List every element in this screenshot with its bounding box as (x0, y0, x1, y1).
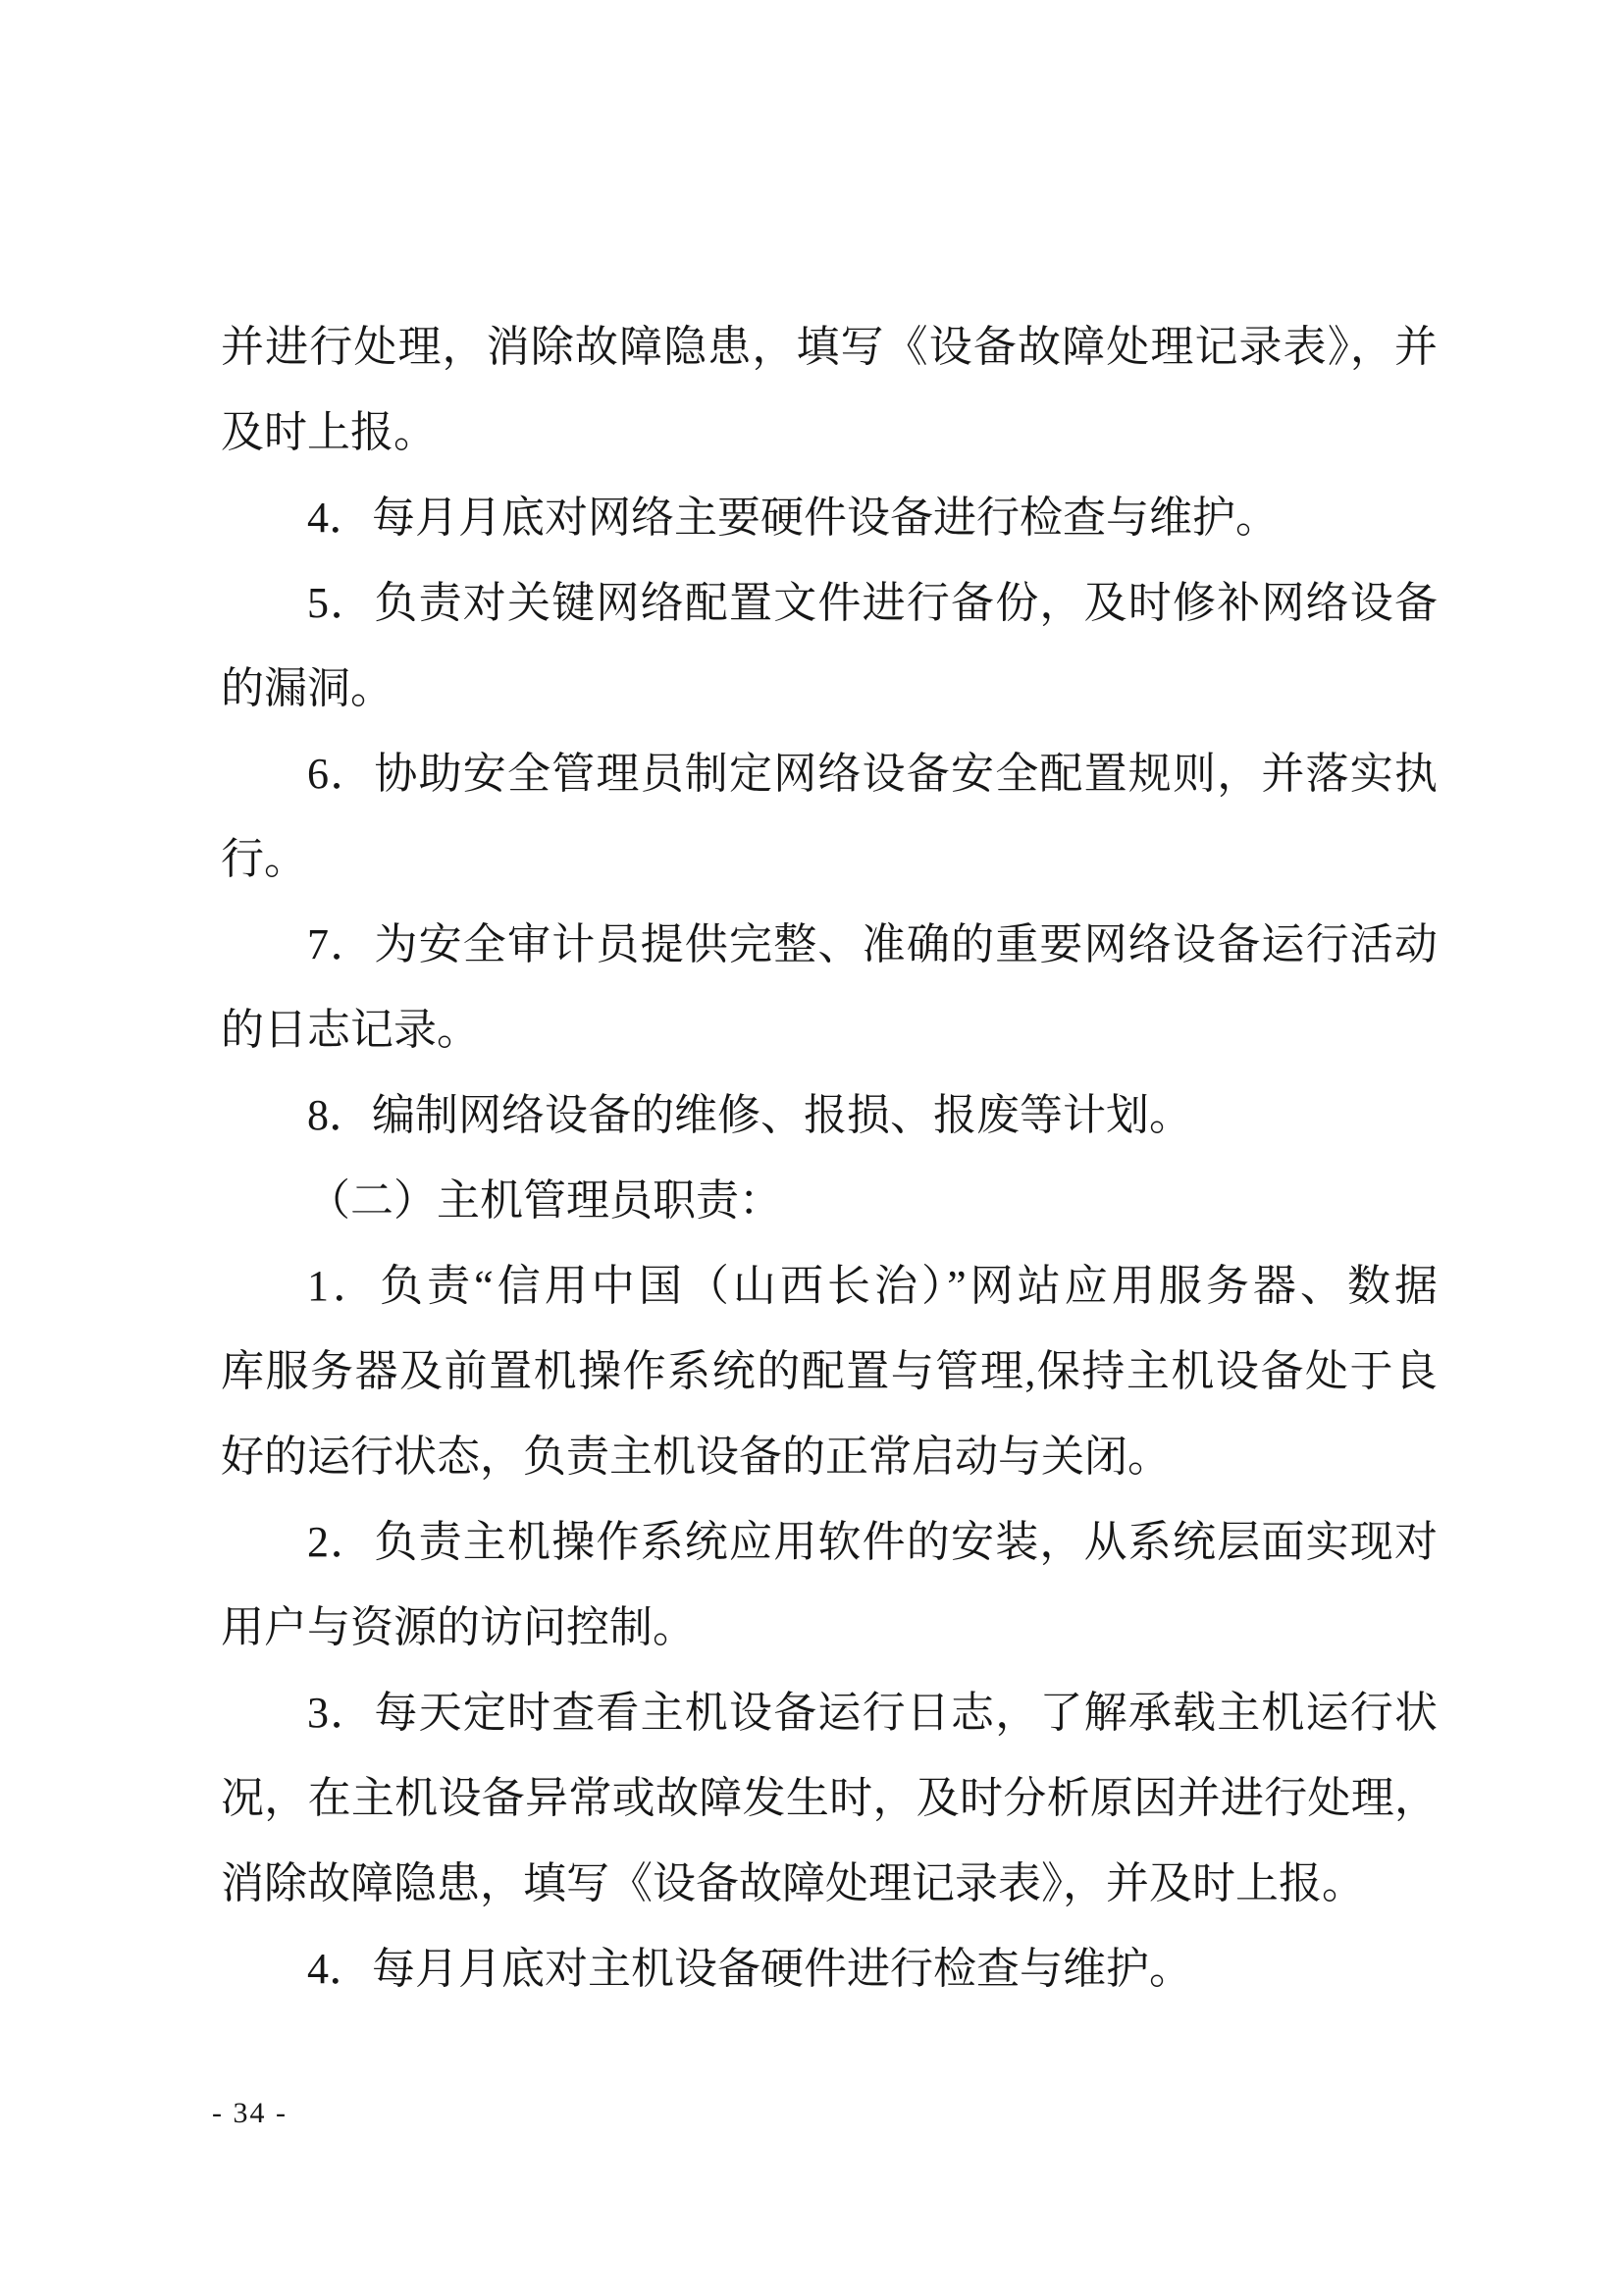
text-line: 8．编制网络设备的维修、报损、报废等计划。 (221, 1072, 1438, 1158)
document-page: 并进行处理，消除故障隐患，填写《设备故障处理记录表》，并及时上报。4．每月月底对… (0, 0, 1624, 2296)
text-line: 2．负责主机操作系统应用软件的安装，从系统层面实现对 (221, 1499, 1438, 1585)
page-number: - 34 - (212, 2096, 288, 2131)
text-line: 并进行处理，消除故障隐患，填写《设备故障处理记录表》，并 (221, 304, 1438, 390)
text-line: 7．为安全审计员提供完整、准确的重要网络设备运行活动 (221, 902, 1438, 987)
text-line: 6．协助安全管理员制定网络设备安全配置规则，并落实执 (221, 731, 1438, 816)
text-line: 库服务器及前置机操作系统的配置与管理,保持主机设备处于良 (221, 1329, 1438, 1414)
text-line: 消除故障隐患，填写《设备故障处理记录表》，并及时上报。 (221, 1841, 1438, 1926)
text-line: 况，在主机设备异常或故障发生时，及时分析原因并进行处理， (221, 1755, 1438, 1841)
text-line: 1．负责“信用中国（山西长治）”网站应用服务器、数据 (221, 1243, 1438, 1329)
text-line: 5．负责对关键网络配置文件进行备份，及时修补网络设备 (221, 560, 1438, 646)
text-line: 行。 (221, 816, 1438, 902)
text-line: 好的运行状态，负责主机设备的正常启动与关闭。 (221, 1414, 1438, 1499)
text-line: 用户与资源的访问控制。 (221, 1585, 1438, 1670)
text-line: 4．每月月底对网络主要硬件设备进行检查与维护。 (221, 475, 1438, 560)
text-line: 3．每天定时查看主机设备运行日志，了解承载主机运行状 (221, 1670, 1438, 1755)
text-line: 4．每月月底对主机设备硬件进行检查与维护。 (221, 1926, 1438, 2011)
text-line: 的漏洞。 (221, 646, 1438, 731)
document-body: 并进行处理，消除故障隐患，填写《设备故障处理记录表》，并及时上报。4．每月月底对… (221, 304, 1438, 2011)
text-line: 的日志记录。 (221, 987, 1438, 1072)
text-line: 及时上报。 (221, 390, 1438, 475)
text-line: （二）主机管理员职责： (221, 1158, 1438, 1243)
